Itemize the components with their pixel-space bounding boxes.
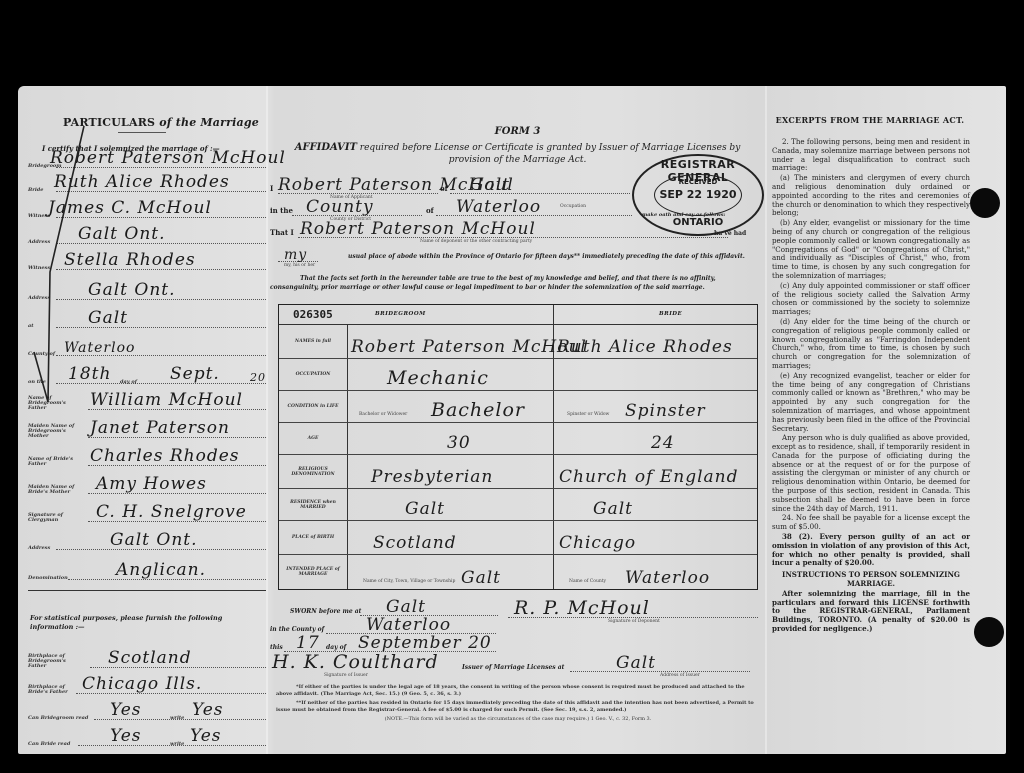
field-denomination: DenominationAnglican. xyxy=(28,560,266,582)
field-clergyman-signature: Signature of ClergymanC. H. Snelgrove xyxy=(28,502,266,524)
form-number: FORM 3 xyxy=(270,126,765,137)
divider xyxy=(28,590,266,591)
table-header: 026305 BRIDEGROOM BRIDE xyxy=(279,305,757,325)
table-row: PLACE of BIRTHScotlandChicago xyxy=(279,521,757,555)
statistical-intro: For statistical purposes, please furnish… xyxy=(30,614,264,632)
serial-number: 026305 xyxy=(293,308,333,321)
excerpt-paragraph: (c) Any duly appointed commissioner or s… xyxy=(772,282,970,317)
deponent-signature: R. P. McHoul Signature of Deponent xyxy=(508,600,758,620)
checkmark-annotation xyxy=(32,122,92,402)
fold-line xyxy=(765,86,767,754)
registrar-received-stamp: REGISTRAR GENERAL RECEIVED SEP 22 1920 O… xyxy=(632,154,764,236)
field-bride-father-birthplace: Birthplace of Bride's FatherChicago Ills… xyxy=(28,674,266,696)
county-line: in the County County or District of Wate… xyxy=(270,198,632,218)
excerpt-paragraph: Any person who is duly qualified as abov… xyxy=(772,434,970,513)
field-clergyman-address: AddressGalt Ont. xyxy=(28,530,266,552)
table-row: AGE3024 xyxy=(279,423,757,455)
applicant-line: I Robert Paterson McHoul Name of Applica… xyxy=(270,176,630,196)
excerpt-paragraph: 24. No fee shall be payable for a licens… xyxy=(772,514,970,532)
particulars-table: 026305 BRIDEGROOM BRIDE NAMES in fullRob… xyxy=(278,304,758,590)
abode-text: usual place of abode within the Province… xyxy=(348,253,745,260)
particulars-section: PARTICULARS of the Marriage I certify th… xyxy=(18,86,270,754)
column-bridegroom: BRIDEGROOM xyxy=(375,311,426,317)
excerpt-paragraph: (b) Any elder, evangelist or missionary … xyxy=(772,219,970,281)
footnote-note: (NOTE.—This form will be varied as the c… xyxy=(276,716,760,723)
table-row: INTENDED PLACE of MARRIAGEName of City, … xyxy=(279,555,757,589)
field-bride-mother: Maiden Name of Bride's MotherAmy Howes xyxy=(28,474,266,496)
field-groom-father-birthplace: Birthplace of Bridegroom's FatherScotlan… xyxy=(28,648,266,670)
issuer-line: H. K. Coulthard Signature of Issuer Issu… xyxy=(270,654,762,674)
field-bride-father: Name of Bride's FatherCharles Rhodes xyxy=(28,446,266,468)
divider xyxy=(118,132,166,133)
footnote-age: *If either of the parties is under the l… xyxy=(276,684,760,698)
table-row: NAMES in fullRobert Paterson McHoulRuth … xyxy=(279,325,757,359)
field-groom-literacy: Can Bridegroom read Yes write Yes xyxy=(28,700,266,722)
facts-text: That the facts set forth in the hereunde… xyxy=(270,274,762,292)
instructions-title: INSTRUCTIONS TO PERSON SOLEMNIZING MARRI… xyxy=(772,571,970,589)
excerpt-paragraph: 38 (2). Every person guilty of an act or… xyxy=(772,533,970,568)
table-row: RESIDENCE when MARRIEDGaltGalt xyxy=(279,489,757,521)
excerpts-title: EXCERPTS FROM THE MARRIAGE ACT. xyxy=(770,116,970,125)
table-row: CONDITION in LIFEBachelor or WidowerBach… xyxy=(279,391,757,423)
field-groom-mother: Maiden Name of Bridegroom's MotherJanet … xyxy=(28,418,266,440)
footnote-residence: **If neither of the parties has resided … xyxy=(276,700,760,714)
column-bride: BRIDE xyxy=(659,311,682,317)
instructions-text: After solemnizing the marriage, fill in … xyxy=(772,590,970,634)
excerpt-paragraph: 2. The following persons, being men and … xyxy=(772,138,970,173)
affidavit-section: FORM 3 AFFIDAVIT required before License… xyxy=(270,86,765,754)
table-row: OCCUPATIONMechanic xyxy=(279,359,757,391)
excerpt-paragraph: (a) The ministers and clergymen of every… xyxy=(772,174,970,218)
excerpt-paragraph: (e) Any recognized evangelist, teacher o… xyxy=(772,372,970,434)
field-bride-literacy: Can Bride read Yes write Yes xyxy=(28,726,266,748)
excerpts-section: EXCERPTS FROM THE MARRIAGE ACT. 2. The f… xyxy=(770,86,1002,754)
excerpt-paragraph: (d) Any elder for the time being of the … xyxy=(772,318,970,371)
table-row: RELIGIOUS DENOMINATIONPresbyterianChurch… xyxy=(279,455,757,489)
excerpts-body: 2. The following persons, being men and … xyxy=(772,138,970,635)
particulars-title: PARTICULARS of the Marriage xyxy=(63,116,259,129)
